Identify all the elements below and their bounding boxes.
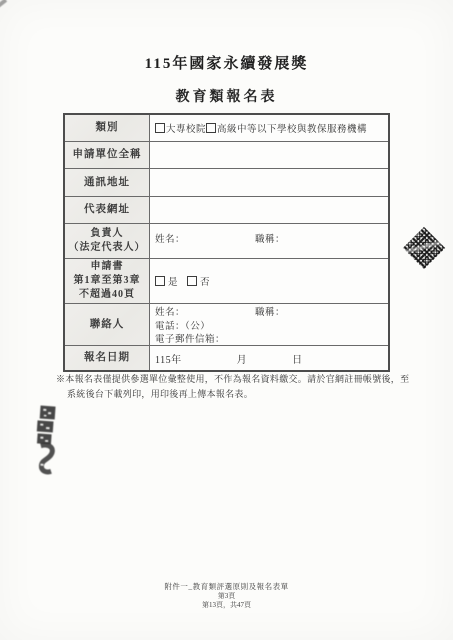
table-row-principal: 負責人 （法定代表人） 姓名： 職稱： bbox=[65, 223, 388, 258]
row-label-principal: 負責人 （法定代表人） bbox=[65, 224, 150, 258]
contact-line-1: 姓名：職稱： bbox=[155, 307, 388, 321]
row-label-category: 類別 bbox=[65, 115, 150, 141]
category-options-cell: 大專校院高級中等以下學校與教保服務機構 bbox=[150, 115, 388, 141]
label-line: 申請書 bbox=[91, 260, 124, 274]
page-footer: 附件一_教育類評選原則及報名表單 第3頁 第13頁，共47頁 bbox=[0, 582, 453, 610]
address-cell bbox=[150, 169, 388, 196]
label-line: 不超過40頁 bbox=[79, 288, 135, 302]
row-label-date: 報名日期 bbox=[65, 346, 150, 370]
option-secondary: 高級中等以下學校與教保服務機構 bbox=[206, 121, 367, 135]
option-label: 否 bbox=[200, 278, 210, 288]
ink-seal-stamp-icon bbox=[27, 404, 65, 487]
yes-no-cell: 是 否 bbox=[150, 259, 388, 303]
contact-line-phone: 電話：（公） bbox=[155, 321, 388, 335]
option-label: 高級中等以下學校與教保服務機構 bbox=[217, 125, 367, 135]
table-row-address: 通訊地址 bbox=[65, 168, 388, 196]
footer-pagination: 第13頁，共47頁 bbox=[0, 601, 453, 610]
table-row-applicant-name: 申請單位全稱 bbox=[65, 141, 388, 168]
checkbox-icon bbox=[155, 276, 165, 286]
applicant-name-cell bbox=[150, 142, 388, 168]
footer-page-number: 第3頁 bbox=[0, 592, 453, 601]
option-label: 是 bbox=[168, 278, 178, 288]
row-label-address: 通訊地址 bbox=[65, 169, 150, 196]
page-title: 115年國家永續發展獎 bbox=[0, 52, 453, 73]
table-row-website: 代表網址 bbox=[65, 196, 388, 223]
scan-artifact bbox=[0, 0, 7, 8]
registration-form-table: 類別 大專校院高級中等以下學校與教保服務機構 申請單位全稱 通訊地址 代表網址 … bbox=[63, 113, 390, 372]
field-name-label: 姓名： bbox=[155, 234, 185, 248]
scanned-form-page: 115年國家永續發展獎 教育類報名表 類別 大專校院高級中等以下學校與教保服務機… bbox=[0, 0, 453, 640]
principal-cell: 姓名： 職稱： bbox=[150, 224, 388, 258]
field-title-label: 職稱： bbox=[255, 234, 285, 248]
website-cell bbox=[150, 197, 388, 223]
diamond-seal-stamp-icon bbox=[403, 227, 445, 269]
option-no: 否 bbox=[187, 274, 210, 288]
date-cell: 115年 月 日 bbox=[150, 346, 388, 370]
field-title-label: 職稱： bbox=[255, 308, 285, 318]
contact-cell: 姓名：職稱： 電話：（公） 電子郵件信箱： bbox=[150, 304, 388, 345]
label-line: 第1章至第3章 bbox=[74, 274, 141, 288]
date-month: 月 bbox=[237, 351, 248, 366]
label-line: （法定代表人） bbox=[69, 241, 146, 255]
field-name-label: 姓名： bbox=[155, 308, 185, 318]
date-year: 115年 bbox=[155, 351, 182, 366]
checkbox-icon bbox=[187, 276, 197, 286]
footer-attachment-label: 附件一_教育類評選原則及報名表單 bbox=[0, 582, 453, 591]
label-line: 負責人 bbox=[91, 227, 124, 241]
option-label: 大專校院 bbox=[166, 125, 206, 135]
table-row-application-length: 申請書 第1章至第3章 不超過40頁 是 否 bbox=[65, 258, 388, 303]
table-row-contact: 聯絡人 姓名：職稱： 電話：（公） 電子郵件信箱： bbox=[65, 303, 388, 345]
date-day: 日 bbox=[292, 351, 303, 366]
footnote: ※本報名表僅提供參選單位彙整使用，不作為報名資料繳交。請於官網註冊帳號後，至系統… bbox=[56, 372, 413, 401]
checkbox-icon bbox=[206, 123, 216, 133]
checkbox-icon bbox=[155, 123, 165, 133]
option-yes: 是 bbox=[155, 274, 178, 288]
table-row-date: 報名日期 115年 月 日 bbox=[65, 345, 388, 370]
option-college: 大專校院 bbox=[155, 121, 206, 135]
row-label-application-length: 申請書 第1章至第3章 不超過40頁 bbox=[65, 259, 150, 303]
form-title: 教育類報名表 bbox=[0, 86, 453, 106]
row-label-applicant-name: 申請單位全稱 bbox=[65, 142, 150, 168]
table-row-category: 類別 大專校院高級中等以下學校與教保服務機構 bbox=[65, 115, 388, 141]
row-label-contact: 聯絡人 bbox=[65, 304, 150, 345]
row-label-website: 代表網址 bbox=[65, 197, 150, 223]
